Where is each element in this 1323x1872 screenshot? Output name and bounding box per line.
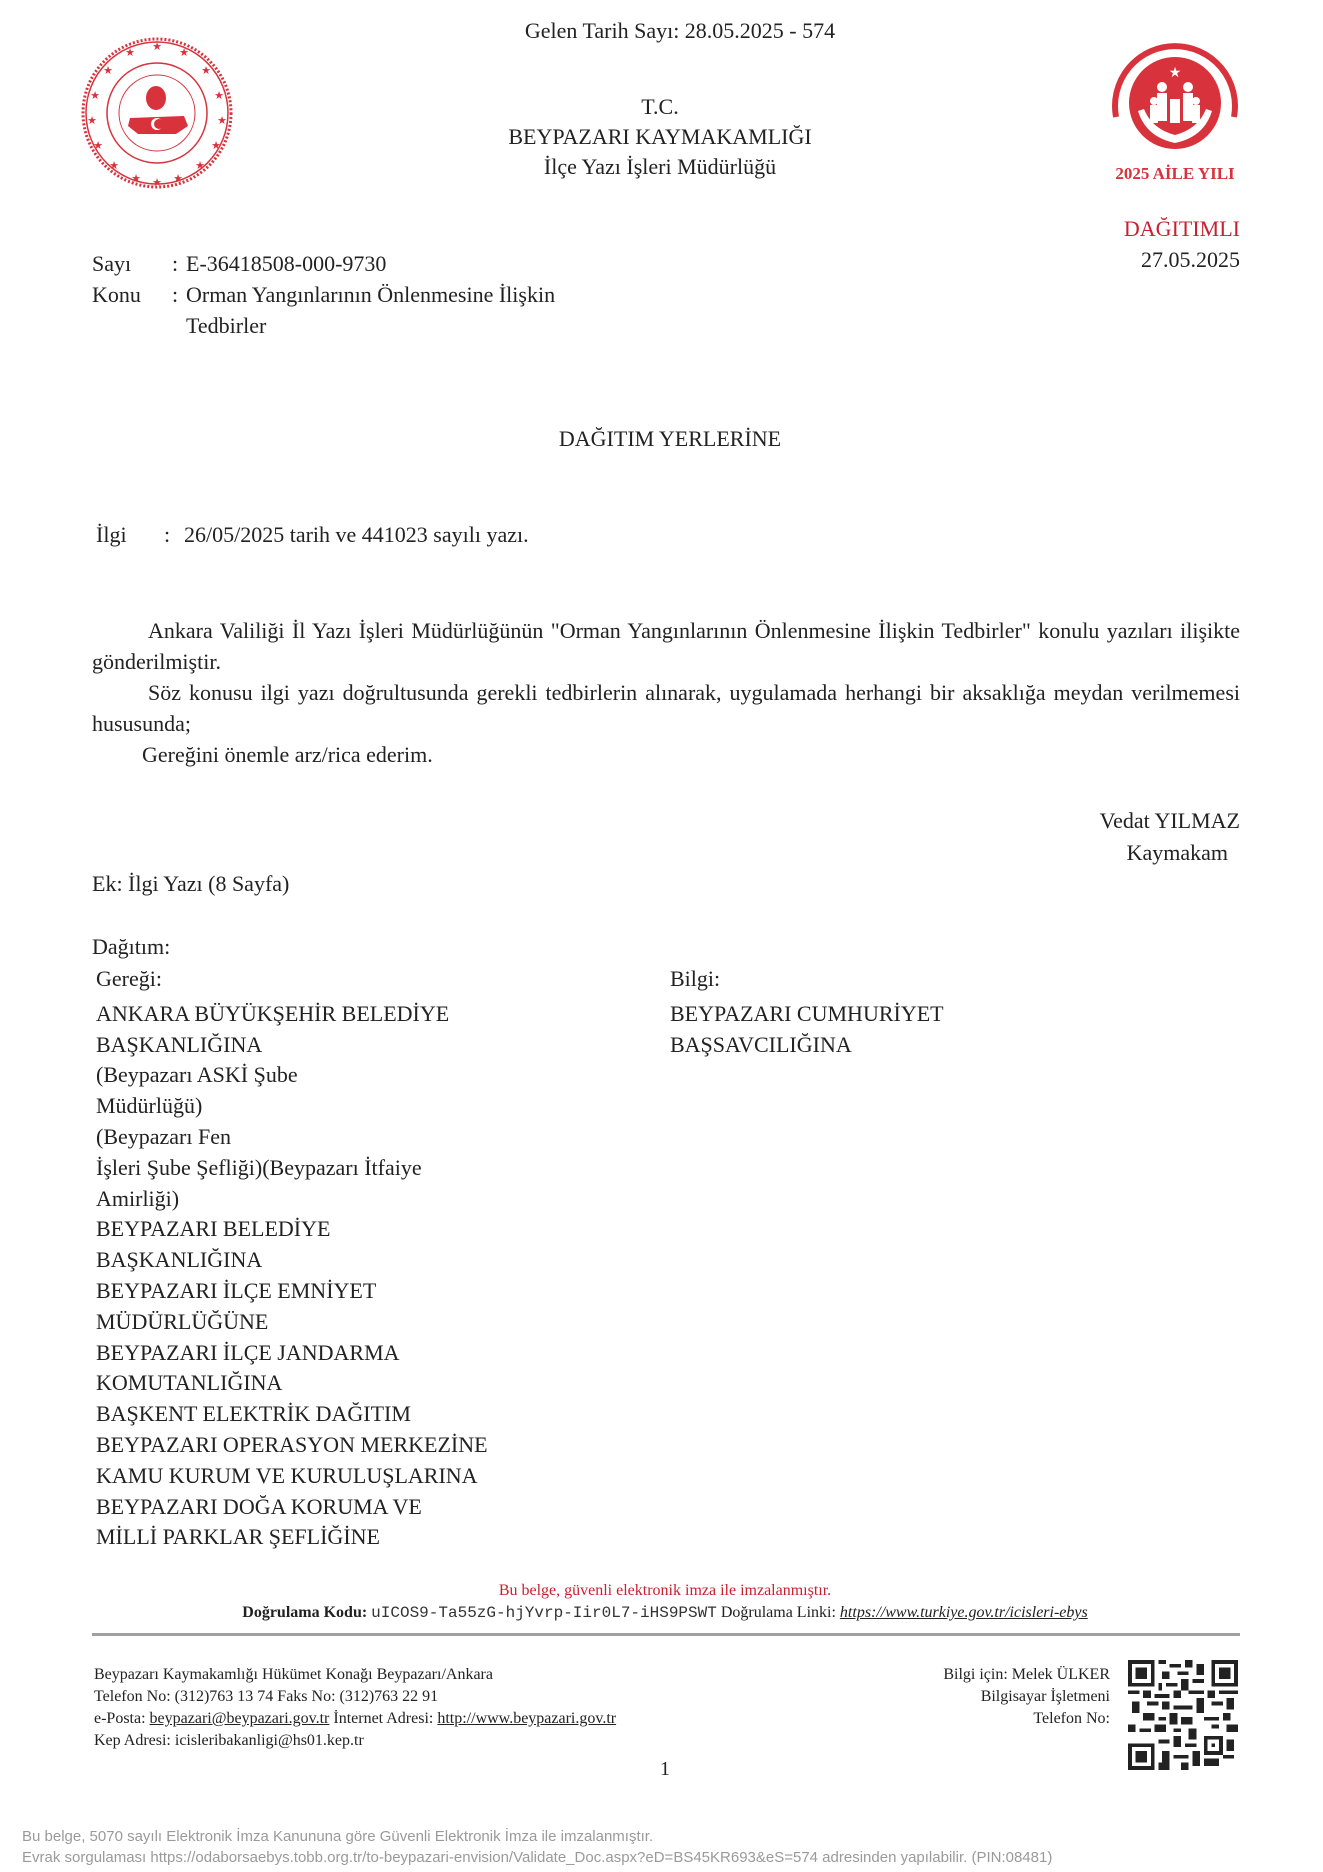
footer-divider: [92, 1633, 1240, 1636]
svg-text:★: ★: [125, 47, 135, 59]
reference-value: 26/05/2025 tarih ve 441023 sayılı yazı.: [184, 522, 529, 547]
institution-header: T.C. BEYPAZARI KAYMAKAMLIĞI İlçe Yazı İş…: [430, 92, 890, 182]
footer-email-web: e-Posta: beypazari@beypazari.gov.tr İnte…: [94, 1708, 794, 1730]
action-recipients: Gereği: ANKARA BÜYÜKŞEHİR BELEDİYE BAŞKA…: [96, 964, 616, 1553]
svg-text:★: ★: [217, 115, 227, 127]
info-recipients: Bilgi: BEYPAZARI CUMHURİYET BAŞSAVCILIĞI…: [670, 964, 1190, 1060]
action-recipient: (Beypazarı ASKİ Şube: [96, 1060, 616, 1091]
document-meta: Sayı : E-36418508-000-9730 Konu : Orman …: [92, 248, 792, 341]
action-recipient: MÜDÜRLÜĞÜNE: [96, 1307, 616, 1338]
distribution-label: Dağıtım:: [92, 934, 170, 960]
header-directorate: İlçe Yazı İşleri Müdürlüğü: [430, 152, 890, 182]
distribution-flag: DAĞITIMLI: [1050, 216, 1240, 242]
action-recipient: BAŞKENT ELEKTRİK DAĞITIM: [96, 1399, 616, 1430]
verification-code: uICOS9-Ta55zG-hjYvrp-Iir0L7-iHS9PSWT: [371, 1604, 717, 1622]
info-recipient: BAŞSAVCILIĞINA: [670, 1030, 1190, 1061]
body-paragraph-3: Gereğini önemle arz/rica ederim.: [92, 739, 1240, 770]
action-recipient: Amirliği): [96, 1184, 616, 1215]
family-year-logo: ★ 2025 AİLE YILI: [1100, 25, 1250, 185]
info-recipient: BEYPAZARI CUMHURİYET: [670, 999, 1190, 1030]
spacer: [172, 310, 186, 341]
subject-label: Konu: [92, 279, 172, 310]
action-recipient: BAŞKANLIĞINA: [96, 1245, 616, 1276]
action-recipient: KAMU KURUM VE KURULUŞLARINA: [96, 1461, 616, 1492]
header-governorship: BEYPAZARI KAYMAKAMLIĞI: [430, 122, 890, 152]
recipient-heading: DAĞITIM YERLERİNE: [420, 426, 920, 452]
action-label: Gereği:: [96, 964, 616, 995]
website-link[interactable]: http://www.beypazari.gov.tr: [437, 1710, 616, 1727]
verification-link-label: Doğrulama Linki:: [721, 1604, 836, 1621]
action-recipient: MİLLİ PARKLAR ŞEFLİĞİNE: [96, 1522, 616, 1553]
qr-code: [1128, 1660, 1238, 1770]
subject-value-line1: Orman Yangınlarının Önlenmesine İlişkin: [186, 279, 555, 310]
incoming-date-number: Gelen Tarih Sayı: 28.05.2025 - 574: [440, 18, 920, 44]
attachment-line: Ek: İlgi Yazı (8 Sayfa): [92, 871, 289, 897]
svg-text:★: ★: [93, 140, 103, 152]
family-year-caption: 2025 AİLE YILI: [1100, 164, 1250, 184]
svg-text:★: ★: [152, 41, 162, 53]
footer-contact-info: Beypazarı Kaymakamlığı Hükümet Konağı Be…: [94, 1664, 794, 1752]
svg-text:★: ★: [90, 90, 100, 102]
action-recipient: Müdürlüğü): [96, 1091, 616, 1122]
number-label: Sayı: [92, 248, 172, 279]
verification-code-label: Doğrulama Kodu:: [242, 1604, 367, 1621]
action-recipient: İşleri Şube Şefliği)(Beypazarı İtfaiye: [96, 1153, 616, 1184]
action-recipient: BEYPAZARI İLÇE JANDARMA: [96, 1338, 616, 1369]
svg-text:★: ★: [214, 90, 224, 102]
svg-text:★: ★: [179, 47, 189, 59]
document-date: 27.05.2025: [1050, 247, 1240, 273]
subject-colon: :: [172, 279, 186, 310]
action-recipient: BEYPAZARI BELEDİYE: [96, 1214, 616, 1245]
signer-name: Vedat YILMAZ: [1030, 805, 1240, 837]
svg-text:★: ★: [211, 140, 221, 152]
action-recipient: KOMUTANLIĞINA: [96, 1368, 616, 1399]
subject-row: Konu : Orman Yangınlarının Önlenmesine İ…: [92, 279, 792, 310]
svg-text:★: ★: [87, 115, 97, 127]
reference-colon: :: [164, 522, 184, 548]
spacer: [92, 310, 172, 341]
reference-label: İlgi: [96, 522, 164, 548]
legal-note-line1: Bu belge, 5070 sayılı Elektronik İmza Ka…: [22, 1826, 1312, 1847]
number-value: E-36418508-000-9730: [186, 248, 386, 279]
reference-line: İlgi:26/05/2025 tarih ve 441023 sayılı y…: [96, 522, 996, 548]
seal-icon: ★ ★ ★ ★ ★ ★ ★ ★ ★ ★ ★ ★ ★ ★ ★ ★: [80, 36, 234, 190]
footer-address: Beypazarı Kaymakamlığı Hükümet Konağı Be…: [94, 1664, 794, 1686]
svg-text:★: ★: [109, 160, 119, 172]
legal-note-line2: Evrak sorgulaması https://odaborsaebys.t…: [22, 1847, 1312, 1868]
esignature-notice: Bu belge, güvenli elektronik imza ile im…: [100, 1580, 1230, 1602]
email-label: e-Posta:: [94, 1710, 146, 1727]
page-number: 1: [650, 1758, 680, 1781]
svg-text:★: ★: [131, 173, 141, 185]
email-link[interactable]: beypazari@beypazari.gov.tr: [150, 1710, 330, 1727]
action-recipient: ANKARA BÜYÜKŞEHİR BELEDİYE: [96, 999, 616, 1030]
svg-text:★: ★: [1169, 66, 1182, 81]
letter-body: Ankara Valiliği İl Yazı İşleri Müdürlüğü…: [92, 615, 1240, 770]
action-recipient: BEYPAZARI DOĞA KORUMA VE: [96, 1492, 616, 1523]
subject-value-line2: Tedbirler: [186, 310, 266, 341]
verification-link[interactable]: https://www.turkiye.gov.tr/icisleri-ebys: [840, 1604, 1088, 1621]
info-label: Bilgi:: [670, 964, 1190, 995]
body-paragraph-2: Söz konusu ilgi yazı doğrultusunda gerek…: [92, 677, 1240, 739]
footer-kep: Kep Adresi: icisleribakanligi@hs01.kep.t…: [94, 1730, 794, 1752]
footer-phone-fax: Telefon No: (312)763 13 74 Faks No: (312…: [94, 1686, 794, 1708]
contact-phone: Telefon No:: [860, 1708, 1110, 1730]
header-tc: T.C.: [430, 92, 890, 122]
verification-line: Doğrulama Kodu: uICOS9-Ta55zG-hjYvrp-Iir…: [100, 1602, 1230, 1624]
subject-row-cont: Tedbirler: [92, 310, 792, 341]
action-recipient: BEYPAZARI İLÇE EMNİYET: [96, 1276, 616, 1307]
esignature-legal-note: Bu belge, 5070 sayılı Elektronik İmza Ka…: [22, 1826, 1312, 1868]
svg-text:★: ★: [195, 160, 205, 172]
svg-text:★: ★: [103, 65, 113, 77]
svg-text:★: ★: [201, 65, 211, 77]
signer-title: Kaymakam: [1030, 837, 1240, 869]
web-label: İnternet Adresi:: [333, 1710, 433, 1727]
contact-person: Bilgi için: Melek ÜLKER: [860, 1664, 1110, 1686]
body-paragraph-1: Ankara Valiliği İl Yazı İşleri Müdürlüğü…: [92, 615, 1240, 677]
family-emblem-icon: ★: [1100, 25, 1250, 165]
footer-contact-person: Bilgi için: Melek ÜLKER Bilgisayar İşlet…: [860, 1664, 1110, 1730]
number-colon: :: [172, 248, 186, 279]
svg-text:★: ★: [173, 173, 183, 185]
number-row: Sayı : E-36418508-000-9730: [92, 248, 792, 279]
ministry-seal-logo: ★ ★ ★ ★ ★ ★ ★ ★ ★ ★ ★ ★ ★ ★ ★ ★: [80, 36, 234, 190]
contact-role: Bilgisayar İşletmeni: [860, 1686, 1110, 1708]
qr-code-icon: [1128, 1660, 1238, 1770]
signature-block: Vedat YILMAZ Kaymakam: [1030, 805, 1240, 869]
esignature-block: Bu belge, güvenli elektronik imza ile im…: [100, 1580, 1230, 1624]
action-recipient: BAŞKANLIĞINA: [96, 1030, 616, 1061]
action-recipient: (Beypazarı Fen: [96, 1122, 616, 1153]
svg-text:★: ★: [152, 177, 162, 189]
action-recipient: BEYPAZARI OPERASYON MERKEZİNE: [96, 1430, 616, 1461]
